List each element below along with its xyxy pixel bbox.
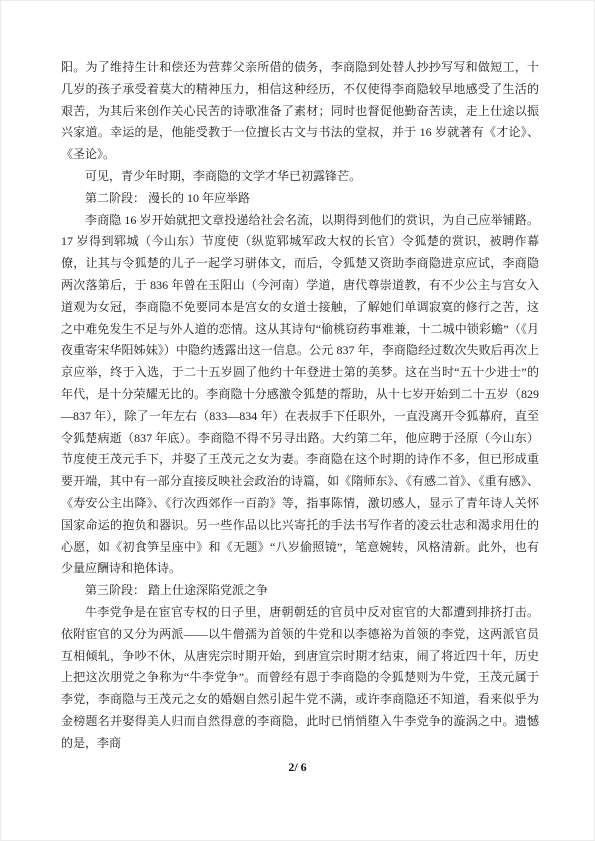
section-heading-stage-3: 第三阶段： 踏上仕途深陷党派之争 [61, 580, 539, 602]
document-body: 阳。为了维持生计和偿还为营葬父亲所借的债务，李商隐到处替人抄抄写写和做短工，十几… [61, 57, 539, 755]
paragraph-summary: 可见，青少年时期，李商隐的文学才华已初露锋芒。 [61, 166, 539, 188]
paragraph-stage-3-body: 牛李党争是在宦官专权的日子里，唐朝朝廷的官员中反对宦官的大都遭到排挤打击。依附宦… [61, 602, 539, 755]
document-page: 阳。为了维持生计和偿还为营葬父亲所借的债务，李商隐到处替人抄抄写写和做短工，十几… [0, 0, 595, 841]
paragraph-continuation: 阳。为了维持生计和偿还为营葬父亲所借的债务，李商隐到处替人抄抄写写和做短工，十几… [61, 57, 539, 166]
paragraph-stage-2-body: 李商隐 16 岁开始就把文章投递给社会名流，以期得到他们的赏识，为自己应举铺路。… [61, 210, 539, 581]
page-number: 2/ 6 [1, 760, 594, 775]
section-heading-stage-2: 第二阶段： 漫长的 10 年应举路 [61, 188, 539, 210]
